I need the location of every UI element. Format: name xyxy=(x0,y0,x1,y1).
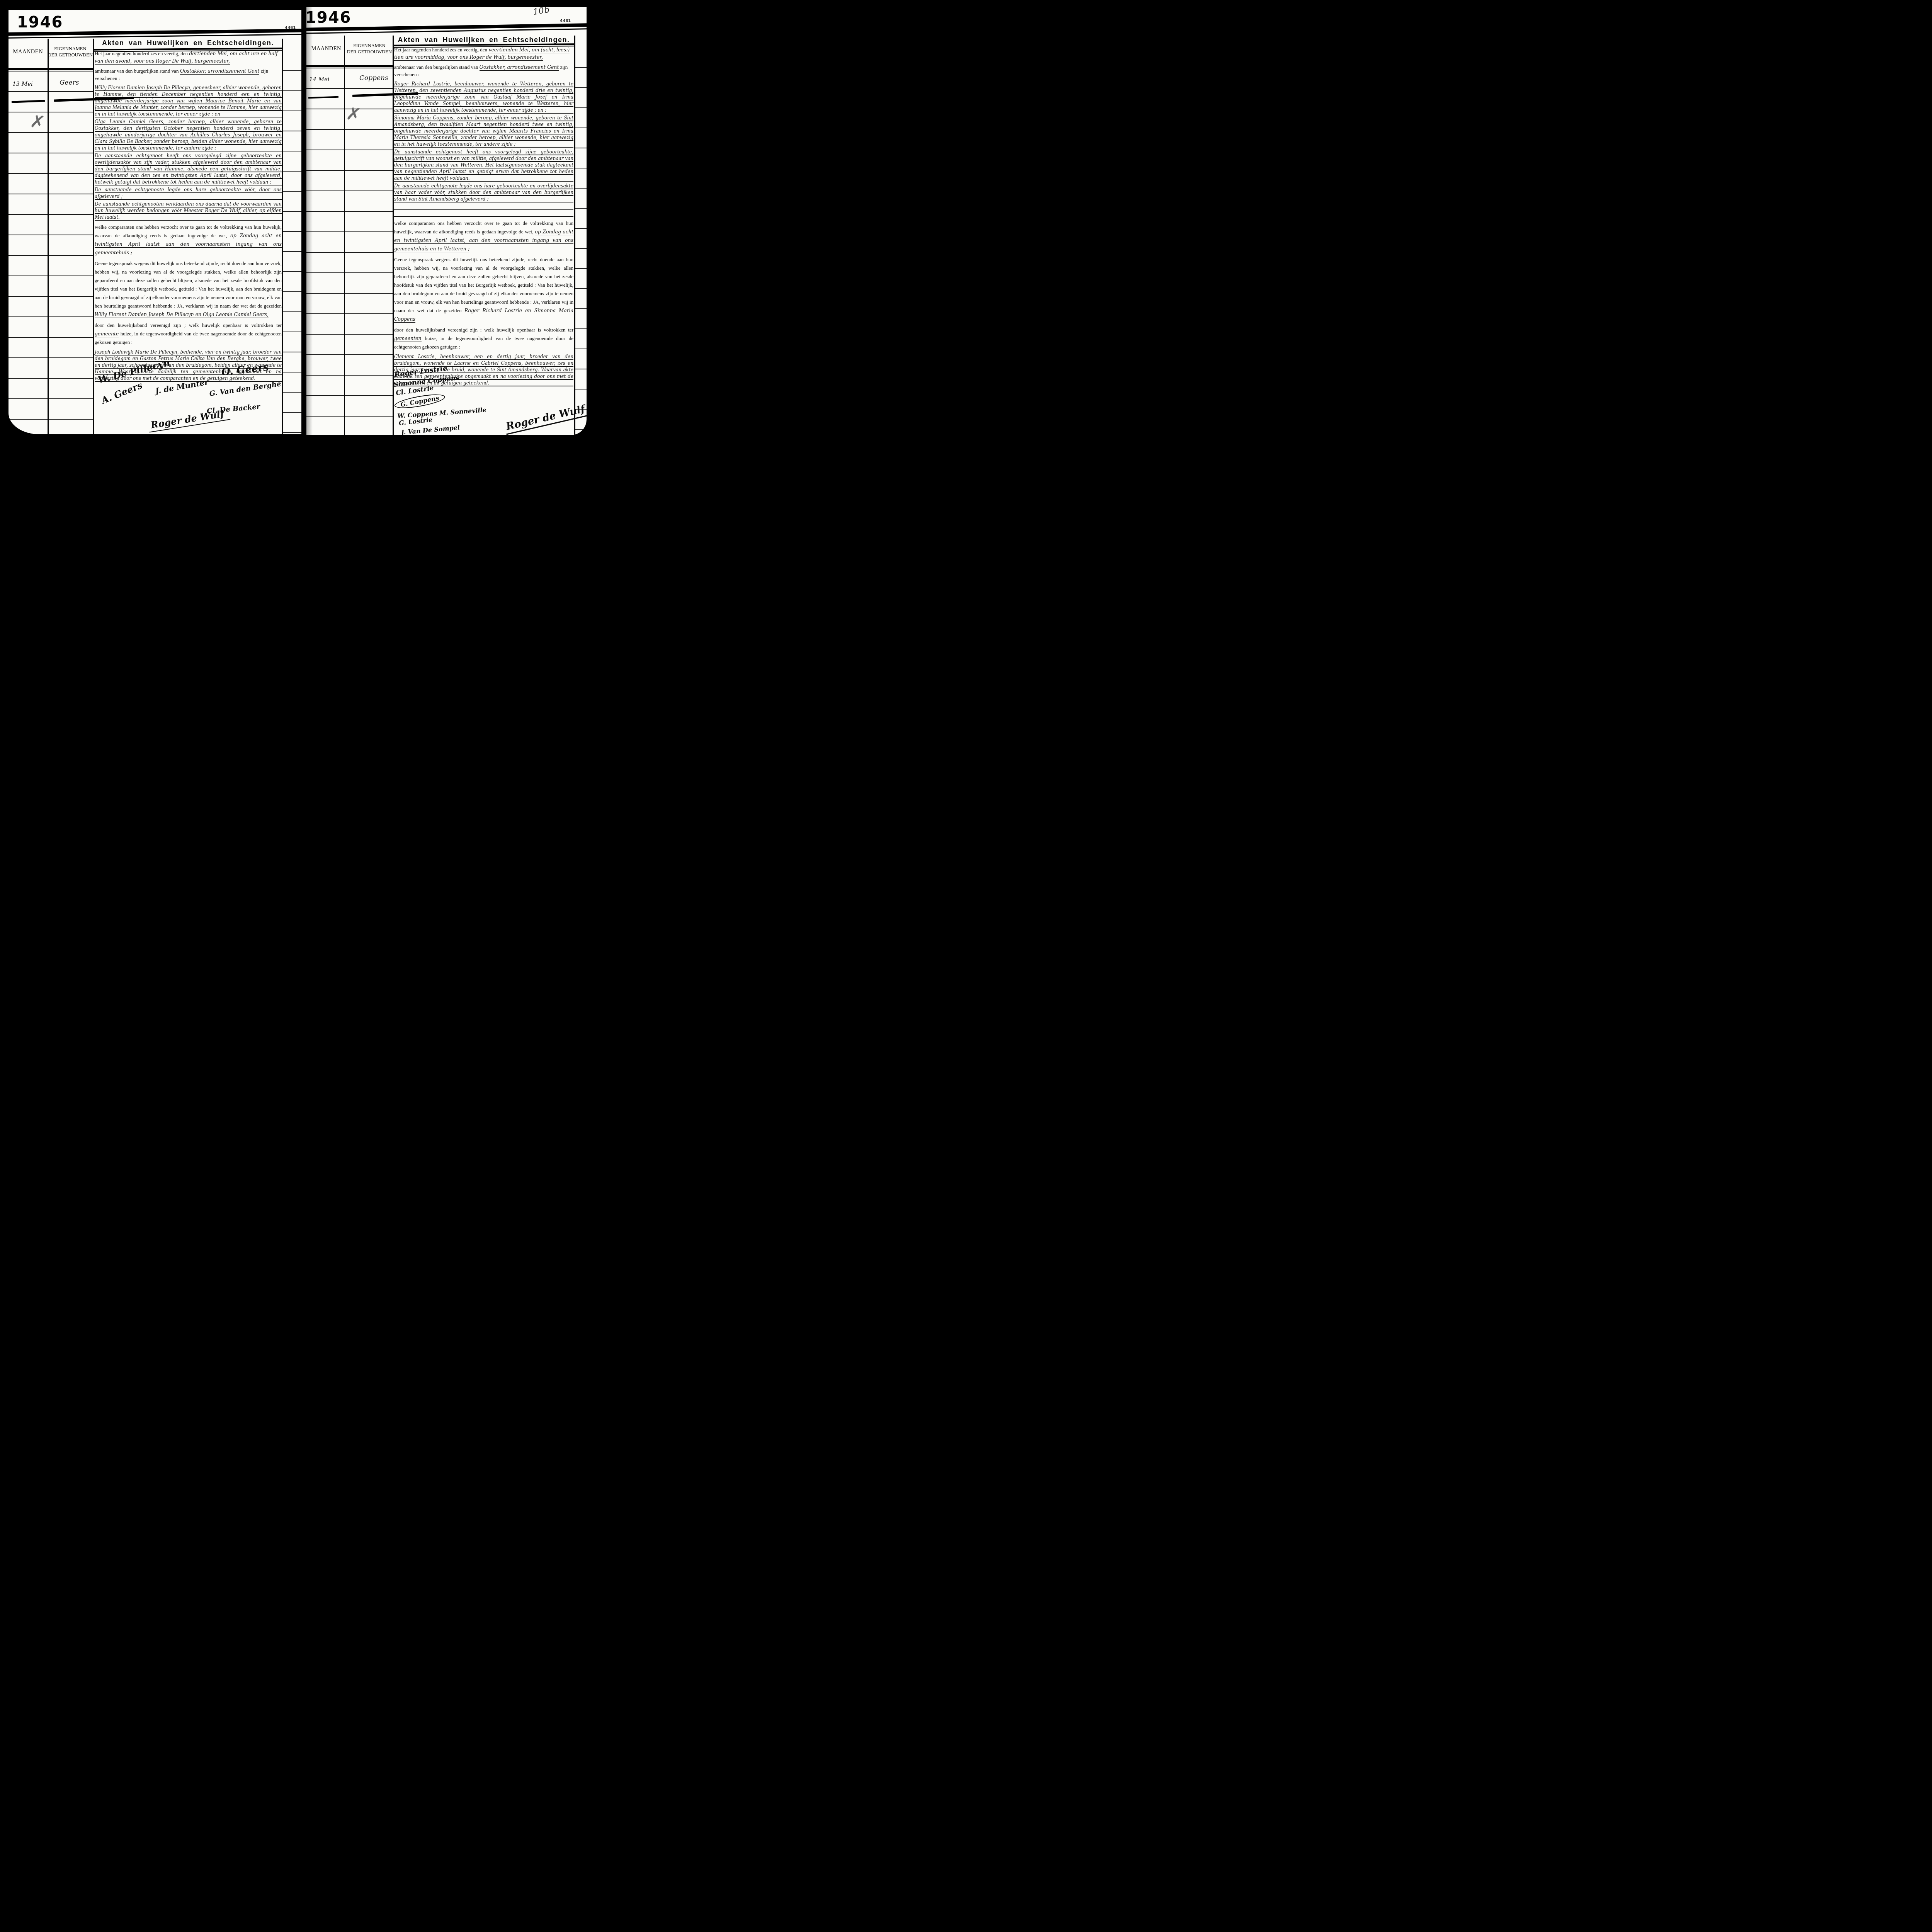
page-margin-rules xyxy=(283,51,301,434)
signature-burgomaster: Roger de Wulf xyxy=(148,407,231,433)
register-page-right: 1946 10b 4461 MAANDEN EIGENNAMEN DER GET… xyxy=(304,7,587,435)
signatures-right: Roger Lostrie Simonne Coppens Cl. Lostri… xyxy=(393,367,573,435)
column-divider xyxy=(282,39,283,434)
act-registrar-line: ambtenaar van den burgerlijken stand van… xyxy=(394,63,573,78)
register-page-left: 1946 4461 MAANDEN EIGENNAMEN DER GETROUW… xyxy=(9,10,301,434)
table-header: MAANDEN EIGENNAMEN DER GETROUWDEN xyxy=(9,39,93,70)
blank-ruled-lines xyxy=(394,204,573,217)
act-bride-hand: Simonna Maria Coppens, zonder beroep, al… xyxy=(394,115,573,148)
act-united-printed-2: huize, in de tegenwoordigheid van de twe… xyxy=(95,331,282,345)
page-number: 4461 xyxy=(560,19,571,23)
column-header-names: EIGENNAMEN DER GETROUWDEN xyxy=(48,46,93,58)
act-opening-line: Het jaar negentien honderd zes en veerti… xyxy=(394,46,573,61)
names-column-rules xyxy=(48,51,93,434)
signature-witness-1: G. Van den Berghe xyxy=(209,380,281,398)
register-scan: { "form": { "year": "1946", "page_number… xyxy=(0,0,595,442)
act-united-paragraph: door den huwelijksband vereenigd zijn ; … xyxy=(394,326,573,351)
column-header-names-line1: EIGENNAMEN xyxy=(54,46,86,51)
act-spouses-hand: Willy Florent Damien Joseph De Pillecyn … xyxy=(95,311,269,318)
column-header-acts: Akten van Huwelijken en Echtscheidingen. xyxy=(393,36,574,44)
signatures-left: W. De Pillecyn O. Geers A. Geers J. de M… xyxy=(94,365,282,434)
signature-family-1: W. Coppens M. Sonneville xyxy=(397,406,487,420)
column-header-acts: Akten van Huwelijken en Echtscheidingen. xyxy=(94,39,282,47)
column-header-months: MAANDEN xyxy=(9,49,48,55)
column-divider xyxy=(344,36,345,435)
act-venue-hand: gemeente xyxy=(95,331,119,337)
act-bride-documents-hand: De aanstaande echtgenote legde ons hare … xyxy=(394,183,573,202)
act-venue-hand: gemeenten xyxy=(394,335,422,342)
act-opening-printed: Het jaar negentien honderd zes en veerti… xyxy=(95,51,188,56)
act-municipality-hand: Oostakker, arrondissement Gent xyxy=(480,64,559,71)
act-opening-printed: Het jaar negentien honderd zes en veerti… xyxy=(394,47,487,53)
entry-date: 13 Mei xyxy=(12,80,33,87)
page-annotation: 10b xyxy=(532,7,550,17)
act-request-paragraph: welke comparanten ons hebben verzocht ov… xyxy=(394,219,573,253)
column-header-names-line2: DER GETROUWDEN xyxy=(48,52,93,58)
bride-surname: Geers xyxy=(60,79,79,87)
bride-surname: Coppens xyxy=(359,74,388,82)
act-groom-hand: Roger Richard Lostrie, beenhouwer, wonen… xyxy=(394,81,573,114)
act-request-paragraph: welke comparanten ons hebben verzocht ov… xyxy=(95,223,282,257)
act-groom-documents-hand: De aanstaande echtgenoot heeft ons voorg… xyxy=(394,149,573,182)
page-margin-rules xyxy=(575,48,587,435)
act-no-opposition-paragraph: Geene tegenspraak wegens dit huwelijk on… xyxy=(95,259,282,319)
act-no-opposition-paragraph: Geene tegenspraak wegens dit huwelijk on… xyxy=(394,255,573,323)
act-registrar-printed: ambtenaar van den burgerlijken stand van xyxy=(394,64,478,70)
signature-mother-groom: J. de Munter xyxy=(155,377,209,396)
months-column-rules xyxy=(9,51,48,434)
column-header-names-line1: EIGENNAMEN xyxy=(353,43,385,48)
book-gutter xyxy=(304,7,306,435)
act-bride-documents-hand: De aanstaande echtgenoote legde ons hare… xyxy=(95,187,282,200)
act-municipality-hand: Oostakker, arrondissement Gent xyxy=(180,68,260,75)
act-united-printed: door den huwelijksband vereenigd zijn ; … xyxy=(95,322,282,328)
column-divider xyxy=(48,39,49,434)
column-header-names-line2: DER GETROUWDEN xyxy=(347,49,392,54)
act-united-paragraph: door den huwelijksband vereenigd zijn ; … xyxy=(95,321,282,347)
act-contract-hand: De aanstaande echtgenooten verklaarden o… xyxy=(95,201,282,221)
book-gutter-shadow xyxy=(306,7,313,435)
year-label: 1946 xyxy=(17,15,63,30)
act-united-printed: door den huwelijksband vereenigd zijn ; … xyxy=(394,327,573,333)
act-no-opposition-printed: Geene tegenspraak wegens dit huwelijk on… xyxy=(95,260,282,309)
act-groom-documents-hand: De aanstaande echtgenoot heeft ons voorg… xyxy=(95,153,282,185)
column-header-names: EIGENNAMEN DER GETROUWDEN xyxy=(346,43,393,55)
column-divider xyxy=(574,36,575,435)
act-text-left: Het jaar negentien honderd zes en veerti… xyxy=(95,50,282,383)
act-registrar-printed: ambtenaar van den burgerlijken stand van xyxy=(95,68,179,74)
act-bride-hand: Olga Leonie Camiel Geers, zonder beroep,… xyxy=(95,119,282,151)
act-groom-hand: Willy Florent Damien Joseph De Pillecyn,… xyxy=(95,85,282,117)
act-registrar-line: ambtenaar van den burgerlijken stand van… xyxy=(95,67,282,82)
act-no-opposition-printed: Geene tegenspraak wegens dit huwelijk on… xyxy=(394,257,573,313)
act-text-right: Het jaar negentien honderd zes en veerti… xyxy=(394,46,573,388)
act-opening-line: Het jaar negentien honderd zes en veerti… xyxy=(95,50,282,65)
table-header: MAANDEN EIGENNAMEN DER GETROUWDEN xyxy=(306,36,393,67)
